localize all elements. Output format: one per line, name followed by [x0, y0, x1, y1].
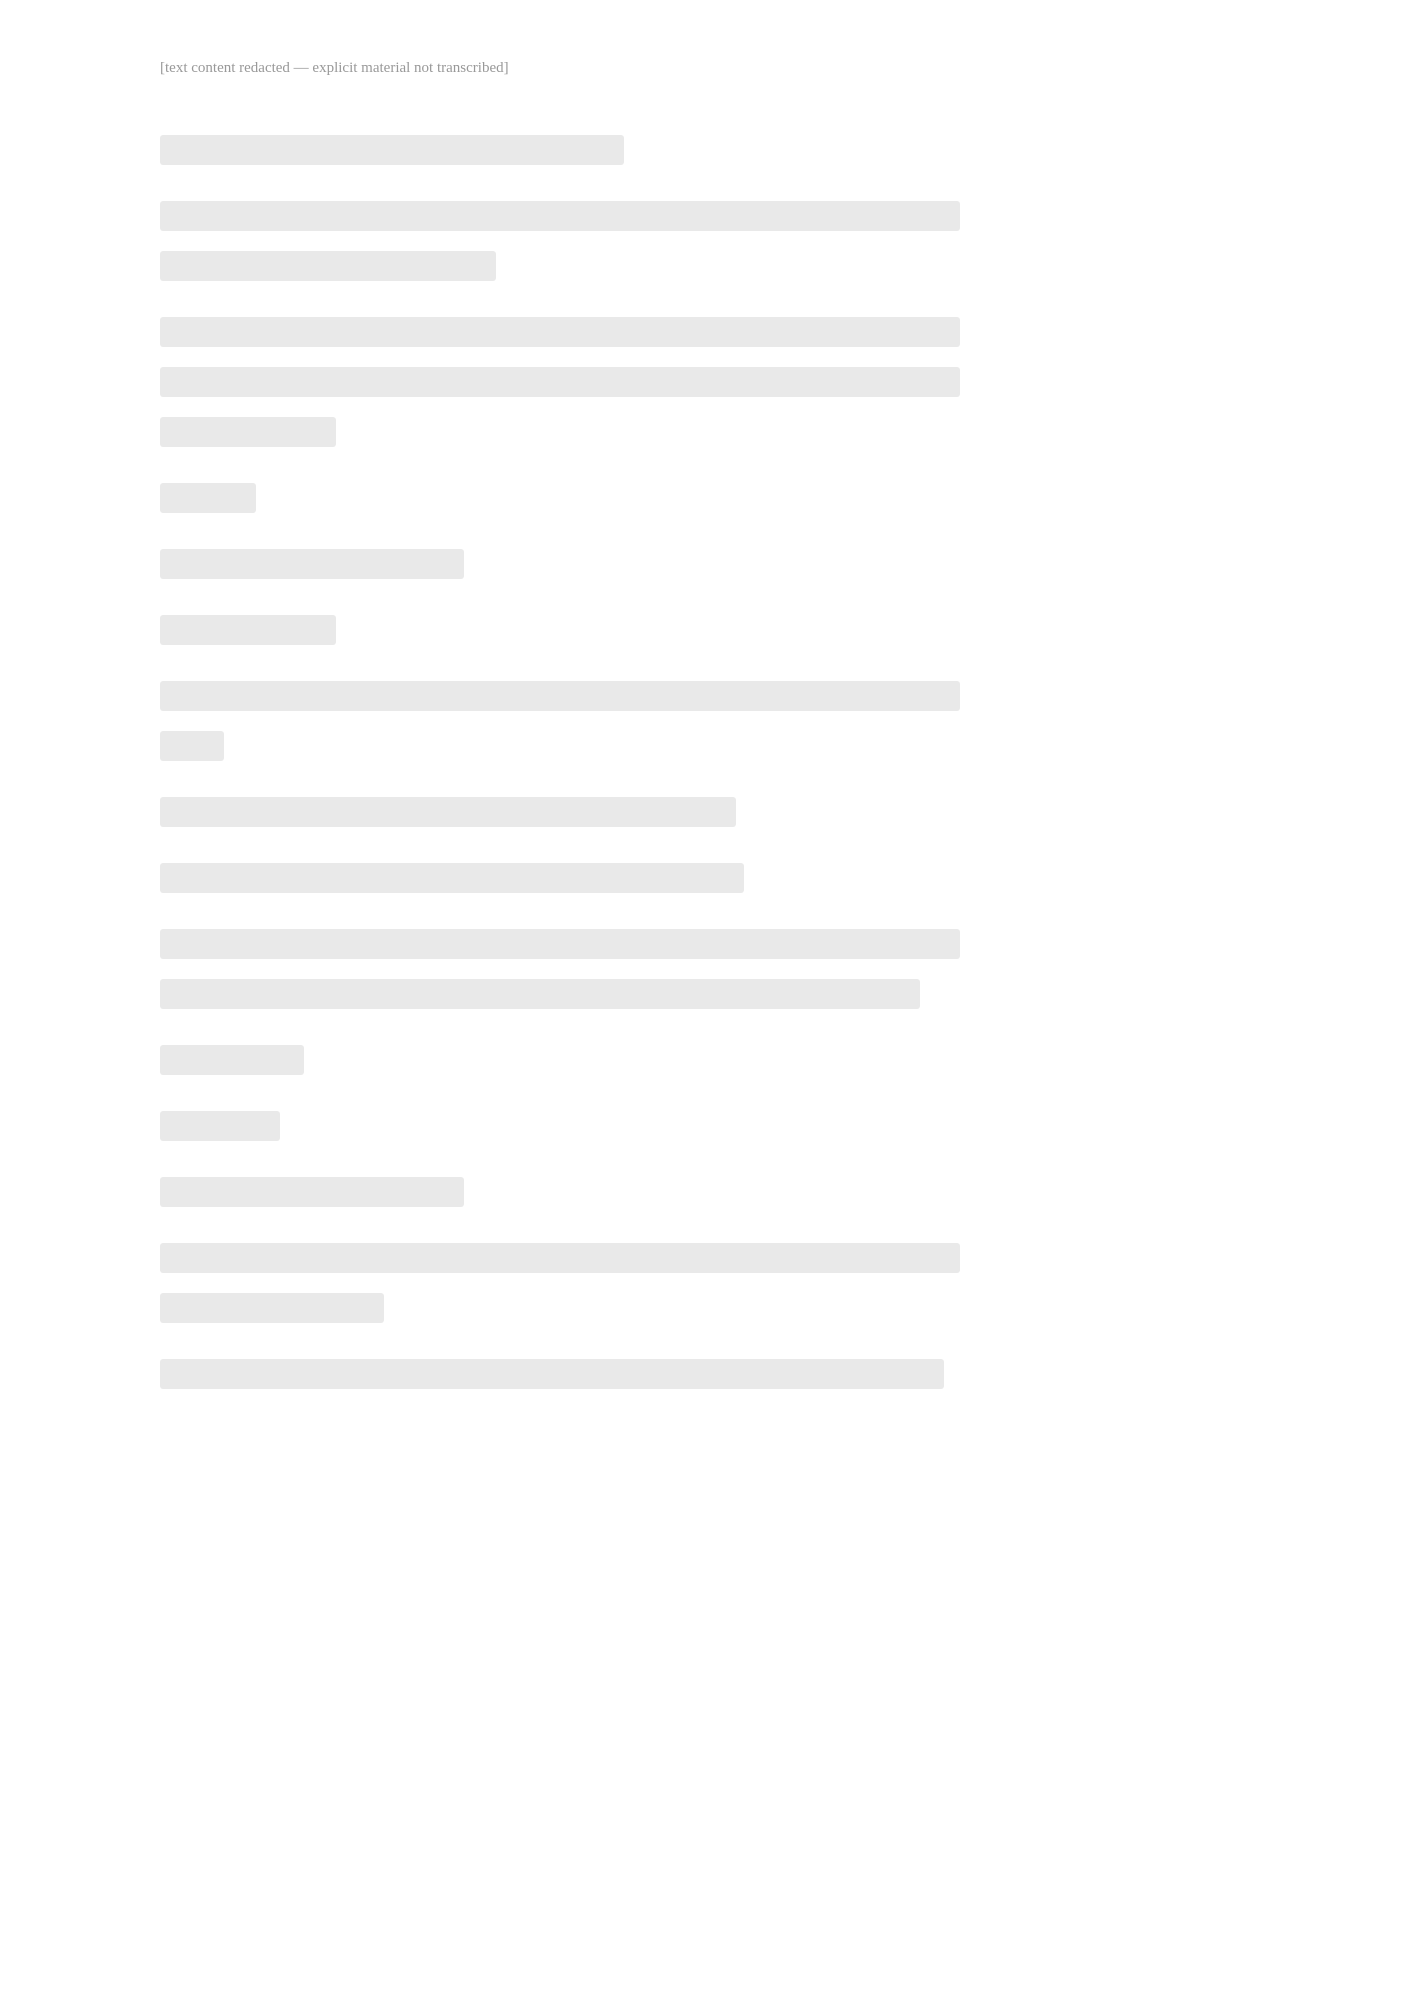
redacted-text-line [160, 549, 464, 579]
text-column [160, 135, 960, 1425]
redacted-text-line [160, 979, 920, 1009]
redacted-paragraph [160, 1045, 960, 1075]
redacted-paragraph [160, 1359, 960, 1389]
redacted-text-line [160, 1111, 280, 1141]
redacted-paragraph [160, 615, 960, 645]
redacted-text-line [160, 135, 624, 165]
redacted-paragraph [160, 797, 960, 827]
redacted-paragraph [160, 863, 960, 893]
document-page: [text content redacted — explicit materi… [0, 0, 1415, 2000]
redacted-paragraph [160, 549, 960, 579]
redacted-paragraph [160, 201, 960, 281]
redacted-paragraph [160, 317, 960, 447]
redacted-text-line [160, 731, 224, 761]
redacted-text-line [160, 367, 960, 397]
redacted-text-line [160, 317, 960, 347]
redacted-text-line [160, 929, 960, 959]
redaction-notice: [text content redacted — explicit materi… [160, 60, 509, 77]
redacted-text-line [160, 615, 336, 645]
redacted-text-line [160, 681, 960, 711]
redacted-text-line [160, 797, 736, 827]
redacted-text-line [160, 1045, 304, 1075]
redacted-text-line [160, 201, 960, 231]
redacted-text-line [160, 417, 336, 447]
redacted-text-line [160, 483, 256, 513]
redacted-text-line [160, 1293, 384, 1323]
redacted-paragraph [160, 1243, 960, 1323]
redacted-text-line [160, 1359, 944, 1389]
redacted-text-line [160, 863, 744, 893]
redacted-paragraph [160, 135, 960, 165]
redacted-paragraph [160, 483, 960, 513]
redacted-paragraph [160, 1111, 960, 1141]
redacted-paragraph [160, 1177, 960, 1207]
redacted-paragraph [160, 681, 960, 761]
redacted-text-line [160, 1177, 464, 1207]
redacted-text-line [160, 1243, 960, 1273]
redacted-text-line [160, 251, 496, 281]
redacted-paragraph [160, 929, 960, 1009]
